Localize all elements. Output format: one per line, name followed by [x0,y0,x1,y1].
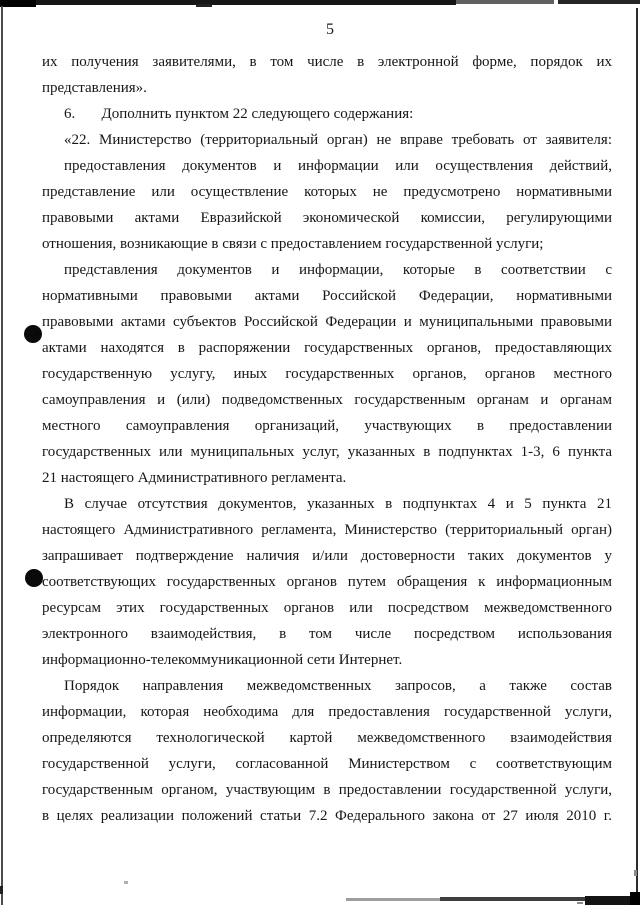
text-line: государственных или муниципальных услуг,… [42,439,612,465]
paragraph: предоставления документов и информации и… [42,153,612,257]
scan-edge-right [636,8,638,905]
paragraph: Порядок направления межведомственных зап… [42,673,612,829]
scan-artifact [196,4,212,7]
text-line: в целях реализации положений статьи 7.2 … [42,803,612,829]
scan-artifact [634,870,637,876]
document-text: их получения заявителями, в том числе в … [42,49,612,829]
scan-edge-bottom [346,898,440,901]
text-line: отношения, возникающие в связи с предост… [42,231,612,257]
text-line: актами находятся в распоряжении государс… [42,335,612,361]
text-line: их получения заявителями, в том числе в … [42,49,612,75]
text-line: предоставления документов и информации и… [42,153,612,179]
text-line: В случае отсутствия документов, указанны… [42,491,612,517]
scan-artifact [0,886,3,894]
scan-artifact [577,902,583,904]
text-line: определяются технологической картой межв… [42,725,612,751]
text-line: государственную услугу, иных государстве… [42,361,612,387]
text-line: «22. Министерство (территориальный орган… [42,127,612,153]
text-line: самоуправления и (или) подведомственных … [42,387,612,413]
text-line: нормативными правовыми актами Российской… [42,283,612,309]
scan-edge-top [456,0,554,4]
text-line: правовыми актами Евразийской экономическ… [42,205,612,231]
text-line: местного самоуправления организаций, уча… [42,413,612,439]
text-line: настоящего Административного регламента,… [42,517,612,543]
scan-edge-left [1,6,3,905]
paragraph: В случае отсутствия документов, указанны… [42,491,612,673]
text-line: информации, которая необходима для предо… [42,699,612,725]
scan-edge-top [558,0,640,4]
paragraph: 6. Дополнить пунктом 22 следующего содер… [42,101,612,127]
paragraph: «22. Министерство (территориальный орган… [42,127,612,153]
page-number: 5 [310,21,350,39]
text-line: государственным органом, участвующим в п… [42,777,612,803]
text-line: запрашивает подтверждение наличия и/или … [42,543,612,569]
text-line: электронного взаимодействия, в том числе… [42,621,612,647]
scan-edge-bottom [440,897,585,901]
paragraph: их получения заявителями, в том числе в … [42,49,612,101]
text-line: представления». [42,75,612,101]
scan-artifact [124,881,128,884]
text-line: государственной услуги, согласованной Ми… [42,751,612,777]
text-line: представление или осуществление которых … [42,179,612,205]
scan-edge-top [36,0,456,5]
text-line: представления документов и информации, к… [42,257,612,283]
text-line: ресурсам этих государственных органов ил… [42,595,612,621]
hole-punch-mark [24,325,42,343]
text-line: информационно-телекоммуникационной сети … [42,647,612,673]
text-line: 6. Дополнить пунктом 22 следующего содер… [42,101,612,127]
scan-edge-top [0,0,36,7]
text-line: Порядок направления межведомственных зап… [42,673,612,699]
scanned-document-page: 5 их получения заявителями, в том числе … [0,0,640,905]
text-line: правовыми актами субъектов Российской Фе… [42,309,612,335]
hole-punch-mark [25,569,43,587]
text-line: 21 настоящего Административного регламен… [42,465,612,491]
text-line: соответствующих государственных органов … [42,569,612,595]
scan-edge-bottom [630,892,640,905]
paragraph: представления документов и информации, к… [42,257,612,491]
